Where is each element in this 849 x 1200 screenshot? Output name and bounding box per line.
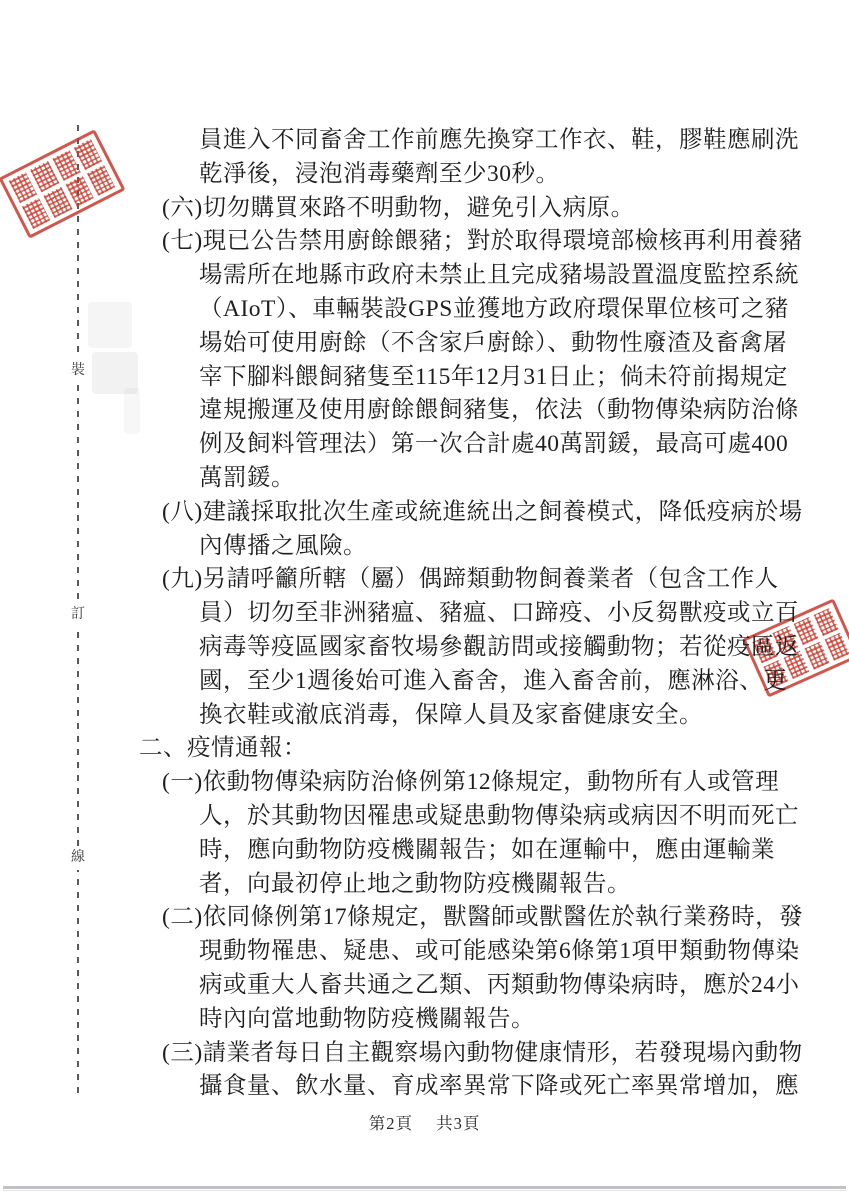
document-line: (八)建議採取批次生產或統進統出之飼養模式，降低疫病於場 <box>0 496 849 530</box>
document-line: (六)切勿購買來路不明動物，避免引入病原。 <box>0 192 849 226</box>
document-line: 萬罰鍰。 <box>0 462 849 496</box>
document-line: 現動物罹患、疑患、或可能感染第6條第1項甲類動物傳染 <box>0 935 849 969</box>
document-line: 員）切勿至非洲豬瘟、豬瘟、口蹄疫、小反芻獸疫或立百 <box>0 597 849 631</box>
document-line: 場始可使用廚餘（不含家戶廚餘）、動物性廢渣及畜禽屠 <box>0 327 849 361</box>
document-line: 時，應向動物防疫機關報告；如在運輸中，應由運輸業 <box>0 834 849 868</box>
page-footer: 第2頁 共3頁 <box>0 1110 849 1134</box>
document-line: 攝食量、飲水量、育成率異常下降或死亡率異常增加，應 <box>0 1070 849 1104</box>
document-line: 乾淨後，浸泡消毒藥劑至少30秒。 <box>0 158 849 192</box>
document-line: 例及飼料管理法）第一次合計處40萬罰鍰，最高可處400 <box>0 428 849 462</box>
document-line: 換衣鞋或澈底消毒，保障人員及家畜健康安全。 <box>0 699 849 733</box>
document-line: (三)請業者每日自主觀察場內動物健康情形，若發現場內動物 <box>0 1037 849 1071</box>
document-line: 病毒等疫區國家畜牧場參觀訪問或接觸動物；若從疫區返 <box>0 631 849 665</box>
document-line: 二、疫情通報： <box>0 732 849 766</box>
document-line: 內傳播之風險。 <box>0 530 849 564</box>
document-line: 時內向當地動物防疫機關報告。 <box>0 1003 849 1037</box>
document-body: 員進入不同畜舍工作前應先換穿工作衣、鞋，膠鞋應刷洗乾淨後，浸泡消毒藥劑至少30秒… <box>0 124 849 1104</box>
scan-edge-line <box>3 1186 846 1189</box>
page-total: 共3頁 <box>436 1114 480 1133</box>
document-line: (九)另請呼籲所轄（屬）偶蹄類動物飼養業者（包含工作人 <box>0 563 849 597</box>
scanned-document-page: 裝 訂 線 員進 <box>0 0 849 1200</box>
scan-edge-line-light <box>3 1190 846 1191</box>
document-line: (一)依動物傳染病防治條例第12條規定，動物所有人或管理 <box>0 766 849 800</box>
document-line: 者，向最初停止地之動物防疫機關報告。 <box>0 868 849 902</box>
document-line: 病或重大人畜共通之乙類、丙類動物傳染病時，應於24小 <box>0 969 849 1003</box>
document-line: 場需所在地縣市政府未禁止且完成豬場設置溫度監控系統 <box>0 259 849 293</box>
document-line: 員進入不同畜舍工作前應先換穿工作衣、鞋，膠鞋應刷洗 <box>0 124 849 158</box>
page-number: 第2頁 <box>369 1114 413 1133</box>
document-line: 國，至少1週後始可進入畜舍，進入畜舍前，應淋浴、更 <box>0 665 849 699</box>
document-line: 宰下腳料餵飼豬隻至115年12月31日止；倘未符前揭規定 <box>0 361 849 395</box>
document-line: (二)依同條例第17條規定，獸醫師或獸醫佐於執行業務時，發 <box>0 901 849 935</box>
document-line: (七)現已公告禁用廚餘餵豬；對於取得環境部檢核再利用養豬 <box>0 225 849 259</box>
document-line: 人，於其動物因罹患或疑患動物傳染病或病因不明而死亡 <box>0 800 849 834</box>
document-line: 違規搬運及使用廚餘餵飼豬隻，依法（動物傳染病防治條 <box>0 394 849 428</box>
document-line: （AIoT）、車輛裝設GPS並獲地方政府環保單位核可之豬 <box>0 293 849 327</box>
